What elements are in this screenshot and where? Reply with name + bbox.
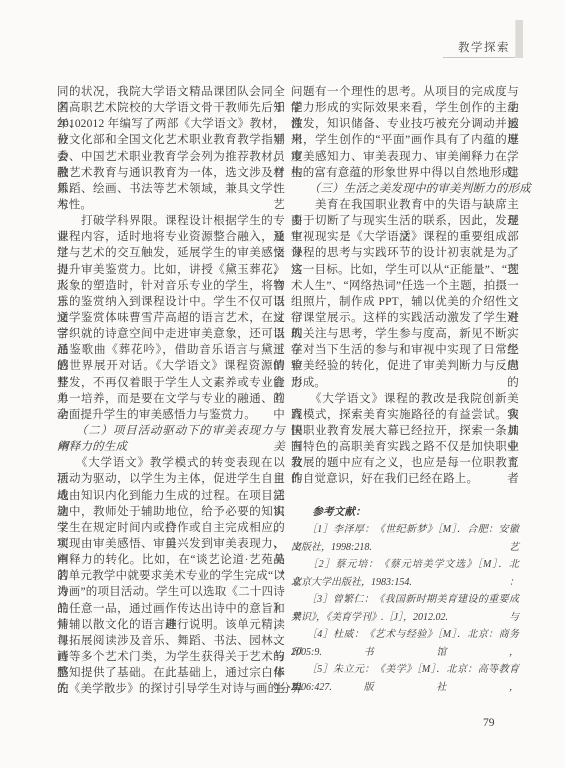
section-badge: 教学探索: [443, 20, 523, 58]
text-line: 课程的思考与实践环节的设计初衷就是为了实现: [291, 245, 519, 261]
text-line: （二）项目活动驱动下的审美表现力与审美: [57, 423, 285, 439]
text-line: 审视现实是《大学语文》课程的重要组成部分。: [291, 229, 519, 245]
badge-bar-decoration: [515, 20, 523, 58]
text-line: 术人生”、“网络热词”任选一个主题，拍摄一: [291, 278, 519, 294]
text-line: 全面提升学生的审美感悟力与鉴赏力。: [57, 407, 285, 423]
text-line: （三）生活之美发现中的审美判断力的形成: [291, 181, 519, 197]
text-line: 年、2012 年编写了两部《大学语文》教材，分别: [57, 116, 285, 132]
text-line: 名高职艺术院校的大学语文骨干教师先后于 2010: [57, 100, 285, 116]
text-line: 打破学科界限。课程设计根据学生的专业及: [57, 213, 285, 229]
right-text-column: 问题有一个理性的思考。从项目的完成度与学生能力形成的实际效果来看，学生创作的主动…: [291, 84, 519, 696]
text-line: 舞蹈、绘画、书法等艺术领域，兼具文学性与艺: [57, 181, 285, 197]
text-line: 参考文献：: [291, 504, 519, 522]
text-line: 这一目标。比如，学生可以从“正能量”、“艺: [291, 262, 519, 278]
text-line: 问题有一个理性的思考。从项目的完成度与学生: [291, 84, 519, 100]
text-line: 的关注与思考，学生参与度高，新见不断。学生: [291, 326, 519, 342]
text-line: 同的状况，我院大学语文精品课团队会同全国知: [57, 84, 285, 100]
text-line: 为画”的项目活动。学生可以选取《二十四诗品》: [57, 584, 285, 600]
text-line: 的单元教学中就要求美术专业的学生完成“以诗: [57, 568, 285, 584]
badge-underline-decoration: [443, 57, 515, 58]
page-number: 79: [483, 717, 495, 729]
text-line: ［1］李泽厚：《世纪新梦》［M］．合肥：安徽文艺: [291, 521, 519, 539]
text-line: 组照片，制作成 PPT，辅以优美的介绍性文字进: [291, 294, 519, 310]
text-line: 施中，教师处于辅助地位，给予必要的知识支持。: [57, 504, 285, 520]
text-line: 融艺术教育与通识教育为一体，选文涉及音乐、: [57, 165, 285, 181]
text-line: [291, 488, 519, 504]
text-line: 阐释力的转化。比如，在“谈艺论道·艺苑品茗”: [57, 552, 285, 568]
text-line: 学生在规定时间内或合作或自主完成相应的项目，: [57, 520, 285, 536]
text-line: 构的富有意蕴的形象世界中得以自然地形成。: [291, 165, 519, 181]
text-line: 国特色的高职美育实践之路不仅是加快职业教育: [291, 439, 519, 455]
text-line: ［3］曾繁仁：《我国新时期美育建设的重要成果与: [291, 591, 519, 609]
text-line: 的任意一品，通过画作传达出诗中的意旨和情趣，: [57, 601, 285, 617]
text-line: 感知提供了基础。在此基础上，通过宗白华先生: [57, 665, 285, 681]
text-line: ［4］杜威：《艺术与经验》［M］．北京：商务印书馆，: [291, 626, 519, 644]
text-line: 并辅以散文化的语言进行说明。该单元精读课文: [57, 617, 285, 633]
text-line: 审美经验的转化，促进了审美判断力与反思力的: [291, 358, 519, 374]
left-text-column: 同的状况，我院大学语文精品课团队会同全国知名高职艺术院校的大学语文骨干教师先后于…: [57, 84, 285, 697]
text-line: 与拓展阅读涉及音乐、舞蹈、书法、园林、诗与: [57, 633, 285, 649]
text-line: 会、中国艺术职业教育学会列为推荐教材。教材: [57, 149, 285, 165]
text-line: 《大学语文》教学模式的转变表现在以项目: [57, 455, 285, 471]
text-line: 被文化部和全国文化艺术职业教育教学指导委员: [57, 132, 285, 148]
text-line: 能力形成的实际效果来看，学生创作的主动性被: [291, 100, 519, 116]
text-line: 美育在我国职业教育中的失语与缺席主要是: [291, 197, 519, 213]
text-line: 快职业教育发展大幕已经拉开，探索一条具有中: [291, 423, 519, 439]
text-line: 形象的塑造时，针对音乐专业的学生，将音乐语: [57, 278, 285, 294]
text-line: 的《美学散步》的探讨引导学生对诗与画的分界: [57, 681, 285, 697]
text-line: ［2］蔡元培：《蔡元培美学文选》［M］．北京：: [291, 556, 519, 574]
text-line: 品鉴歌曲《葬花吟》，借助音乐语言与黛玉的情: [57, 342, 285, 358]
text-line: 课程内容，适时地将专业资源整合融入，通过文: [57, 229, 285, 245]
text-line: 感世界展开对话。《大学语文》课程资源的整合: [57, 358, 285, 374]
text-line: 画等多个艺术门类，为学生获得关于艺术的整体: [57, 649, 285, 665]
text-line: 单一培养，而是要在文学与专业的融通、互动中: [57, 391, 285, 407]
text-line: 言织就的诗意空间中走进审美意象，还可以通过: [57, 326, 285, 342]
text-line: 激发，知识储备、专业技巧被充分调动并运用进: [291, 116, 519, 132]
section-badge-label: 教学探索: [458, 39, 510, 55]
text-line: 文学鉴赏体味曹雪芹高超的语言艺术，在文学语: [57, 310, 285, 326]
text-line: 提升审美鉴赏力。比如，讲授《黛玉葬花》人物: [57, 262, 285, 278]
text-line: 成由知识内化到能力生成的过程。在项目活动实: [57, 488, 285, 504]
text-line: 来，学生创作的“平面”画作具有了内蕴的厚度，: [291, 132, 519, 148]
text-line: 言的鉴赏纳入到课程设计中。学生不仅可以通过: [57, 294, 285, 310]
text-line: 实现由审美感悟、审美兴发到审美表现力、审美: [57, 536, 285, 552]
text-line: ［5］朱立元：《美学》［M］．北京：高等教育出版社，: [291, 661, 519, 679]
text-line: 《大学语文》课程的教改是我院创新美育实: [291, 391, 519, 407]
text-line: 发展的题中应有之义，也应是每一位职教工作者: [291, 455, 519, 471]
text-line: 开发，不再仅着眼于学生人文素养或专业能力的: [57, 375, 285, 391]
text-line: 活动为驱动，以学生为主体，促进学生自主地完: [57, 471, 285, 487]
text-line: 审美感知力、审美表现力、审美阐释力在学生建: [291, 149, 519, 165]
text-line: 践模式，探索美育实施路径的有益尝试。我国加: [291, 407, 519, 423]
text-line: 由于切断了与现实生活的联系，因此，发现生活、: [291, 213, 519, 229]
text-line: 学与艺术的交互触发，延展学生的审美感悟力，: [57, 245, 285, 261]
text-line: 行课堂展示。这样的实践活动激发了学生对现实: [291, 310, 519, 326]
text-line: 在对当下生活的参与和审视中实现了日常经验向: [291, 342, 519, 358]
